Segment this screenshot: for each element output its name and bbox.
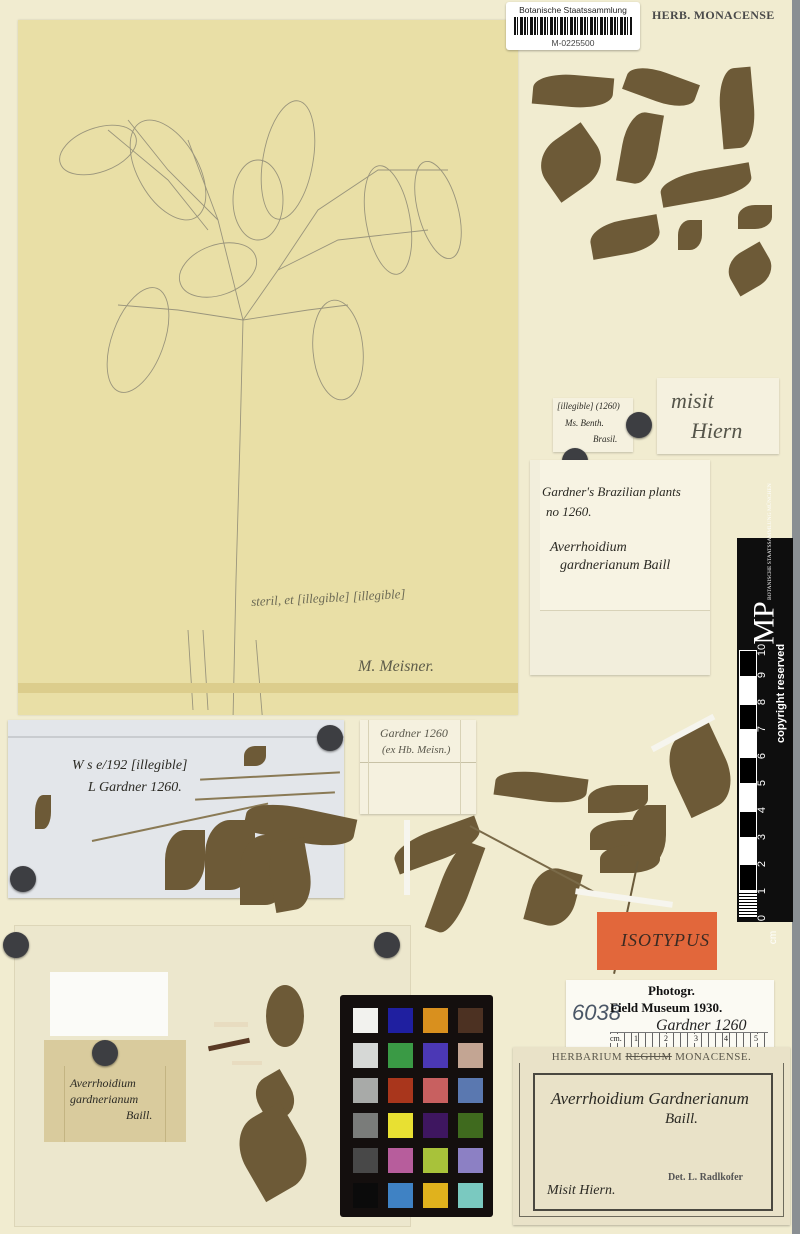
mounting-pin-icon [3, 932, 29, 958]
color-swatch [388, 1008, 413, 1033]
scale-ruler: MP BOTANISCHE STAATSSAMMLUNG MÜNCHEN 0 1… [737, 538, 793, 922]
gardner-line1: Gardner's Brazilian plants [542, 484, 681, 500]
color-swatch [458, 1043, 483, 1068]
field-museum-photo-label: 6038 Photogr. Field Museum 1930. Gardner… [566, 980, 774, 1050]
color-swatch [388, 1183, 413, 1208]
color-swatch [353, 1148, 378, 1173]
color-swatch [458, 1008, 483, 1033]
envelope-note-line1: W s e/192 [illegible] [72, 758, 188, 774]
color-swatch [353, 1183, 378, 1208]
gardner-genus: Averrhoidium [550, 540, 627, 556]
color-swatch [388, 1113, 413, 1138]
determination-label: HERBARIUM REGIUM MONACENSE. Averrhoidium… [513, 1047, 790, 1225]
institution-logo-icon: MP BOTANISCHE STAATSSAMMLUNG MÜNCHEN [743, 544, 787, 644]
mounting-pin-icon [92, 1040, 118, 1066]
color-swatch [388, 1043, 413, 1068]
plant-sketch [18, 20, 518, 715]
color-checker [340, 995, 493, 1217]
determiner: Det. L. Radlkofer [668, 1172, 743, 1183]
color-swatch [423, 1043, 448, 1068]
gardner-epithet: gardnerianum Baill [560, 558, 670, 574]
mounting-pin-icon [10, 866, 36, 892]
packet-gardner-1260: Gardner 1260 (ex Hb. Meisn.) [360, 720, 476, 814]
ruler-scale [739, 650, 757, 918]
tape-strip [18, 683, 518, 693]
ruler-ticks: 0 1 2 3 4 5 6 7 8 9 10 cm [759, 650, 773, 920]
determination-header: HERBARIUM REGIUM MONACENSE. [513, 1051, 790, 1063]
color-swatch [423, 1113, 448, 1138]
color-swatch [388, 1078, 413, 1103]
taxon-name: Averrhoidium Gardnerianum [551, 1089, 749, 1109]
color-swatch [423, 1008, 448, 1033]
misit-label: misit Hiern [657, 378, 779, 454]
pencil-drawing-sheet: steril, et [illegible] [illegible] M. Me… [18, 20, 518, 715]
color-swatch [423, 1148, 448, 1173]
copyright-text: copyright reserved [775, 644, 787, 743]
catalog-number: M-0225500 [506, 38, 640, 48]
fragment-card [50, 972, 168, 1036]
color-swatch [388, 1148, 413, 1173]
small-label-bentham: [illegible] (1260) Ms. Benth. Brasil. [553, 398, 633, 452]
color-swatch [353, 1008, 378, 1033]
envelope-note-line2: L Gardner 1260. [88, 780, 182, 796]
gardner-line2: no 1260. [546, 504, 592, 520]
gardner-envelope: Gardner's Brazilian plants no 1260. Aver… [530, 460, 710, 675]
taxon-author: Baill. [665, 1111, 698, 1128]
isotype-label: ISOTYPUS [597, 912, 717, 970]
barcode-label: Botanische Staatssammlung München M-0225… [506, 2, 640, 50]
color-swatch [458, 1078, 483, 1103]
color-swatch [353, 1043, 378, 1068]
color-swatch [423, 1183, 448, 1208]
color-swatch [458, 1113, 483, 1138]
institution-header: HERB. MONACENSE [652, 8, 775, 23]
mounting-pin-icon [374, 932, 400, 958]
color-swatch [353, 1078, 378, 1103]
color-swatch [458, 1148, 483, 1173]
mounting-pin-icon [317, 725, 343, 751]
mounting-pin-icon [626, 412, 652, 438]
barcode-icon [514, 17, 632, 35]
misit-note: Misit Hiern. [547, 1183, 615, 1199]
color-swatch [353, 1113, 378, 1138]
color-swatch [423, 1078, 448, 1103]
scanner-edge [792, 0, 800, 1234]
drawing-signature: M. Meisner. [358, 658, 434, 676]
color-swatch [458, 1183, 483, 1208]
